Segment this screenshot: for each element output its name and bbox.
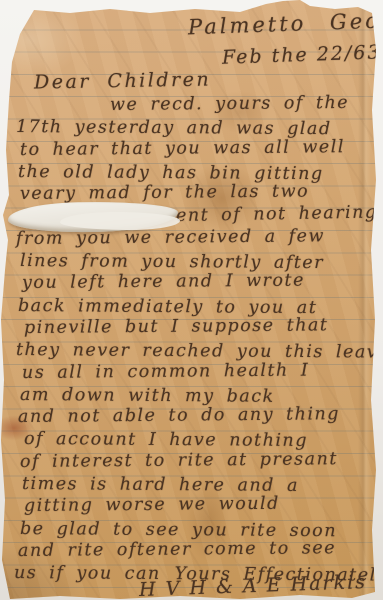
letter-line: we recd. yours of the [110, 92, 375, 117]
letter-date: Feb the 22/63 [222, 41, 382, 69]
letter-line: pineville but I suppose that [24, 314, 375, 339]
letter-line: and not able to do any thing [18, 403, 375, 428]
letter-line: and rite oftener come to see [18, 537, 375, 562]
letter-place: Palmetto Geo [188, 9, 382, 40]
letter-line-torn: ent of not hearing [176, 202, 375, 228]
letter-salutation: Dear Children [34, 68, 211, 93]
letter-line: to hear that you was all well [20, 135, 375, 160]
letter-line: you left here and I wrote [22, 269, 375, 294]
letter-line: of interest to rite at presant [20, 448, 375, 473]
letter-photo: Palmetto Geo Feb the 22/63 Dear Children… [0, 0, 383, 600]
letter-line: us all in common health I [22, 358, 375, 383]
letter-paper: Palmetto Geo Feb the 22/63 Dear Children… [0, 0, 383, 600]
letter-body: we recd. yours of the 17th yesterday and… [14, 94, 375, 585]
letter-line: gitting worse we would [24, 492, 375, 517]
